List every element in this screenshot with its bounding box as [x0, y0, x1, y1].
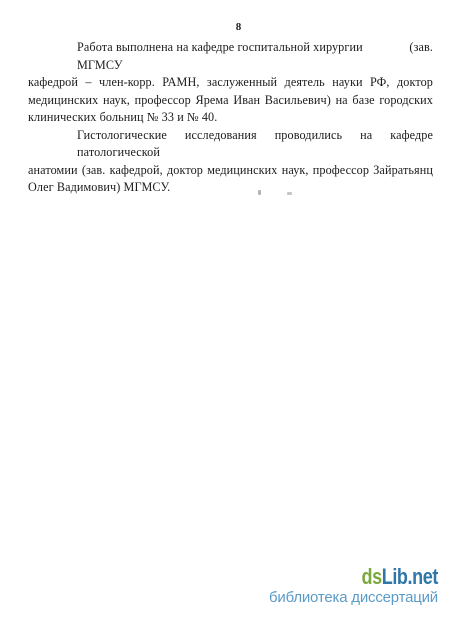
- text-line: медицинских наук, профессор Ярема Иван В…: [28, 92, 433, 110]
- page-number: 8: [36, 21, 441, 33]
- text-segment: Работа выполнена на кафедре госпитальной…: [77, 39, 409, 74]
- dslib-subtitle: библиотека диссертаций: [269, 590, 438, 605]
- text-line: Олег Вадимович) МГМСУ.: [28, 179, 433, 197]
- text-line: кафедрой – член-корр. РАМН, заслуженный …: [28, 74, 433, 92]
- text-line: анатомии (зав. кафедрой, доктор медицинс…: [28, 162, 433, 180]
- dslib-logo-suffix: Lib.net: [382, 564, 438, 589]
- text-block: Работа выполнена на кафедре госпитальной…: [28, 39, 433, 197]
- paragraph: Работа выполнена на кафедре госпитальной…: [28, 39, 433, 127]
- text-segment: (зав.: [409, 39, 433, 74]
- dslib-logo-prefix: ds: [361, 564, 381, 589]
- text-line: Работа выполнена на кафедре госпитальной…: [28, 39, 433, 74]
- dslib-watermark[interactable]: dsLib.net библиотека диссертаций: [269, 566, 438, 605]
- text-line: клинических больниц № 33 и № 40.: [28, 109, 433, 127]
- scan-speck: [287, 192, 292, 195]
- text-line: Гистологические исследования проводились…: [28, 127, 433, 162]
- paragraph: Гистологические исследования проводились…: [28, 127, 433, 197]
- document-page: 8 Работа выполнена на кафедре госпитальн…: [0, 0, 450, 619]
- dslib-logo: dsLib.net: [299, 566, 438, 588]
- scan-speck: [258, 190, 261, 195]
